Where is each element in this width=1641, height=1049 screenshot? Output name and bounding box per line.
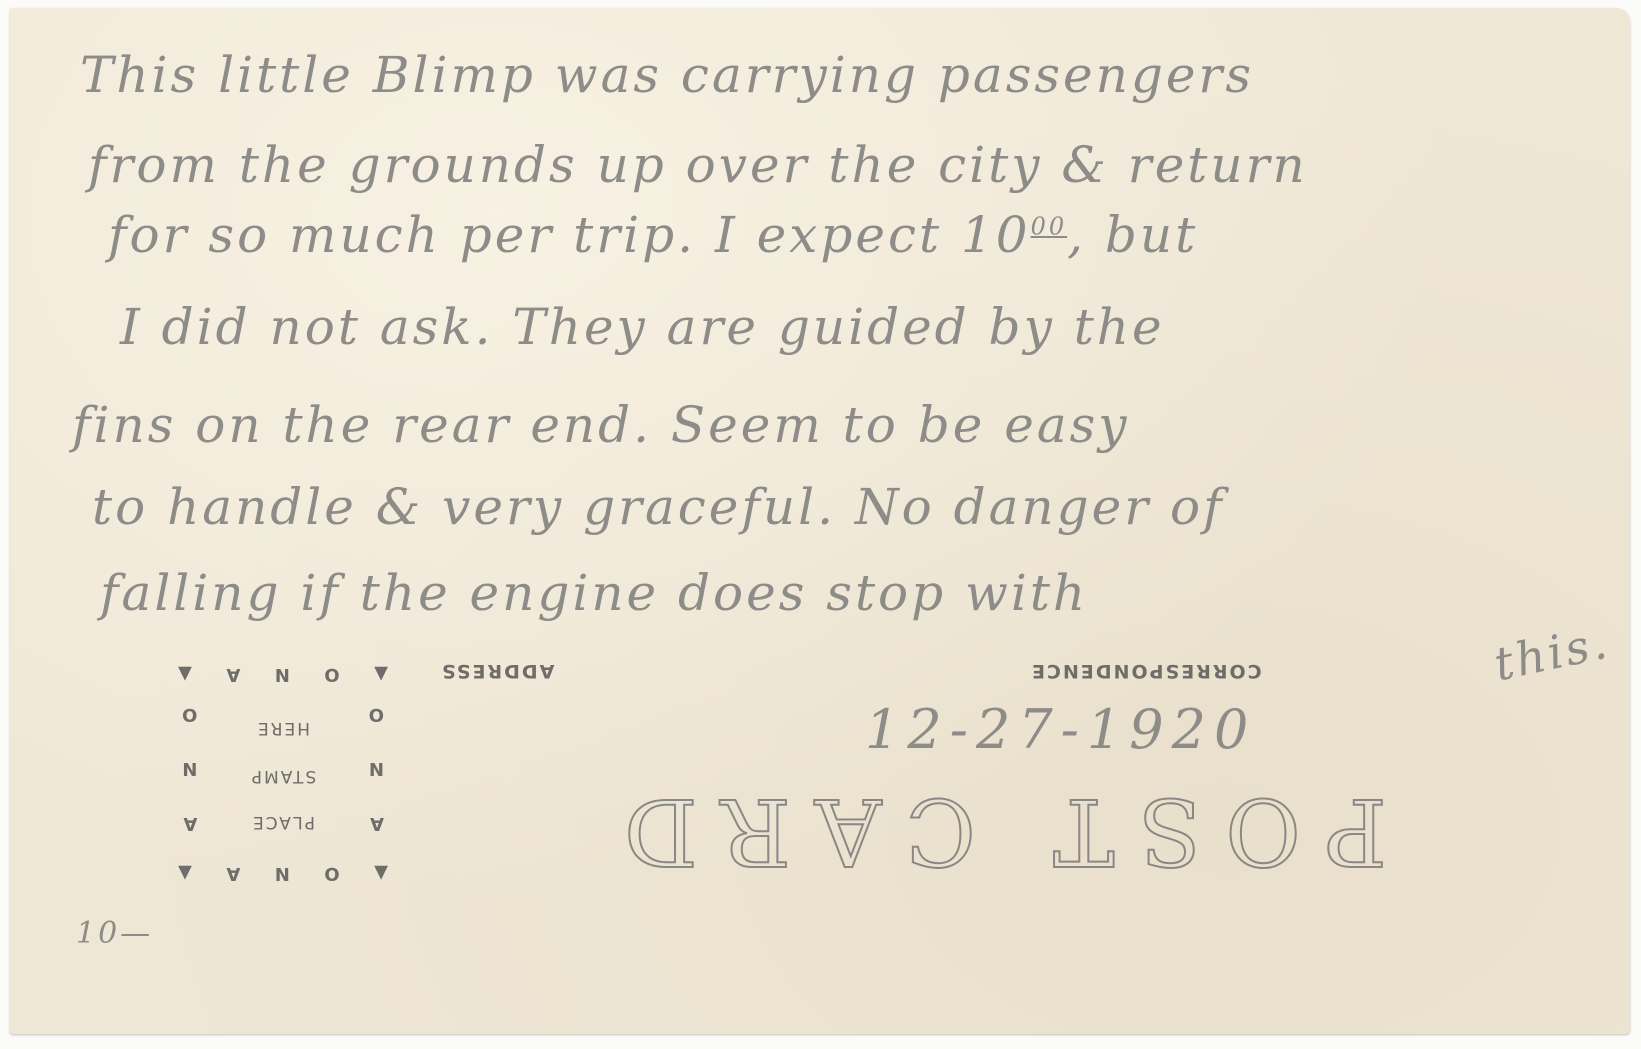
stamp-border-top: ▲ O N A ▲ bbox=[178, 863, 388, 884]
stamp-border-right: A N O bbox=[182, 704, 197, 834]
triangle-icon: ▲ bbox=[178, 863, 192, 884]
correspondence-label: CORRESPONDENCE bbox=[1030, 660, 1262, 682]
handwritten-line-6: to handle & very graceful. No danger of bbox=[92, 478, 1225, 536]
border-letter: N bbox=[275, 664, 290, 685]
border-letter: O bbox=[369, 704, 384, 725]
stamp-text-here: HERE bbox=[218, 718, 348, 738]
border-letter: A bbox=[369, 813, 384, 834]
handwritten-line-5: fins on the rear end. Seem to be easy bbox=[72, 396, 1130, 454]
triangle-icon: ▲ bbox=[374, 664, 388, 685]
triangle-icon: ▲ bbox=[374, 863, 388, 884]
stamp-box: ▲ O N A ▲ A N O A N O PLACE STAMP HERE ▲… bbox=[178, 664, 388, 884]
border-letter: A bbox=[182, 813, 197, 834]
stamp-text-stamp: STAMP bbox=[218, 766, 348, 786]
handwritten-date: 12-27-1920 bbox=[865, 698, 1256, 761]
border-letter: O bbox=[324, 664, 339, 685]
post-card-title: POST CARD bbox=[600, 778, 1387, 885]
border-letter: N bbox=[275, 863, 290, 884]
border-letter: A bbox=[226, 863, 240, 884]
border-letter: A bbox=[226, 664, 240, 685]
handwritten-line-1: This little Blimp was carrying passenger… bbox=[80, 46, 1254, 104]
handwritten-line-8: this. bbox=[1489, 614, 1614, 691]
border-letter: N bbox=[369, 759, 384, 780]
triangle-icon: ▲ bbox=[178, 664, 192, 685]
handwritten-line-3-text: for so much per trip. I expect 10 bbox=[108, 206, 1031, 264]
stamp-text-place: PLACE bbox=[218, 812, 348, 832]
handwritten-line-3-suffix: , but bbox=[1067, 206, 1198, 264]
border-letter: O bbox=[324, 863, 339, 884]
postcard-scan: This little Blimp was carrying passenger… bbox=[0, 0, 1641, 1049]
stamp-border-bottom: ▲ O N A ▲ bbox=[178, 664, 388, 685]
handwritten-line-3: for so much per trip. I expect 1000, but bbox=[108, 206, 1198, 264]
stamp-border-left: A N O bbox=[369, 704, 384, 834]
amount-superscript: 00 bbox=[1031, 212, 1068, 240]
address-label: ADDRESS bbox=[440, 660, 554, 682]
border-letter: N bbox=[182, 759, 197, 780]
corner-price-note: 10— bbox=[76, 916, 153, 951]
postcard-back: This little Blimp was carrying passenger… bbox=[10, 8, 1630, 1034]
handwritten-line-7: falling if the engine does stop with bbox=[100, 564, 1088, 622]
handwritten-line-2: from the grounds up over the city & retu… bbox=[88, 136, 1308, 194]
border-letter: O bbox=[182, 704, 197, 725]
handwritten-line-4: I did not ask. They are guided by the bbox=[120, 298, 1165, 356]
